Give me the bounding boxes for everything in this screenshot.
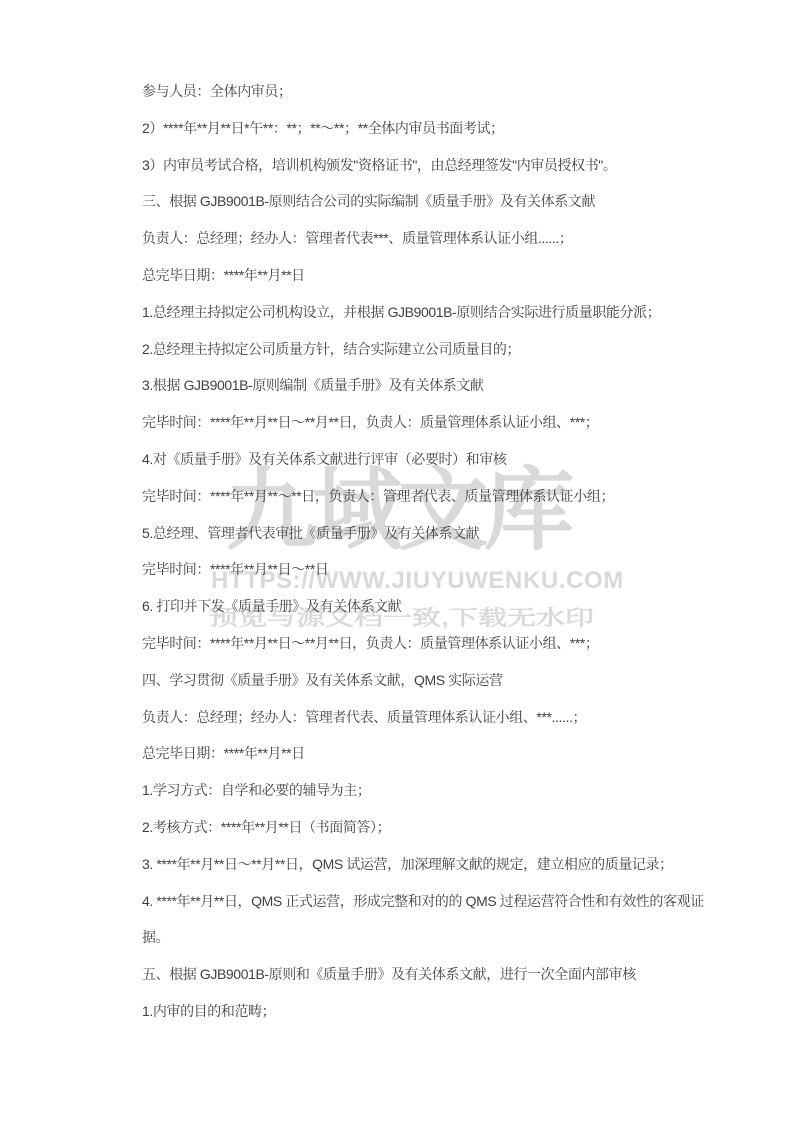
doc-line: 总完毕日期：****年**月**日 (142, 257, 758, 294)
doc-line: 2）****年**月**日*午**：**；**～**；**全体内审员书面考试； (142, 110, 758, 147)
doc-line: 完毕时间：****年**月**日～**月**日，负责人：质量管理体系认证小组、*… (142, 625, 758, 662)
doc-line: 1.学习方式：自学和必要的辅导为主； (142, 772, 758, 809)
doc-line: 4.对《质量手册》及有关体系文献进行评审（必要时）和审核 (142, 441, 758, 478)
doc-line-section-heading: 三、根据 GJB9001B-原则结合公司的实际编制《质量手册》及有关体系文献 (142, 183, 758, 220)
doc-line: 4. ****年**月**日，QMS 正式运营，形成完整和对的的 QMS 过程运… (142, 883, 758, 920)
doc-line: 2.考核方式：****年**月**日（书面简答）； (142, 809, 758, 846)
doc-line: 负责人：总经理；经办人：管理者代表***、质量管理体系认证小组......； (142, 220, 758, 257)
doc-line: 2.总经理主持拟定公司质量方针，结合实际建立公司质量目的； (142, 331, 758, 368)
doc-line: 5.总经理、管理者代表审批《质量手册》及有关体系文献 (142, 515, 758, 552)
doc-line: 参与人员：全体内审员； (142, 73, 758, 110)
doc-line: 完毕时间：****年**月**日～**月**日，负责人：质量管理体系认证小组、*… (142, 404, 758, 441)
doc-line: 6. 打印并下发《质量手册》及有关体系文献 (142, 588, 758, 625)
doc-line: 1.内审的目的和范畴； (142, 993, 758, 1030)
doc-line: 负责人：总经理；经办人：管理者代表、质量管理体系认证小组、***......； (142, 699, 758, 736)
doc-line: 完毕时间：****年**月**～**日，负责人：管理者代表、质量管理体系认证小组… (142, 478, 758, 515)
doc-line: 3）内审员考试合格，培训机构颁发"资格证书"，由总经理签发"内审员授权书"。 (142, 147, 758, 184)
doc-line: 据。 (142, 919, 758, 956)
doc-line: 完毕时间：****年**月**日～**日 (142, 551, 758, 588)
doc-line-section-heading: 四、学习贯彻《质量手册》及有关体系文献，QMS 实际运营 (142, 662, 758, 699)
document-page: 九域文库 HTTPS://WWW.JIUYUWENKU.COM 预览与源文档一致… (0, 0, 793, 1122)
doc-line: 3.根据 GJB9001B-原则编制《质量手册》及有关体系文献 (142, 367, 758, 404)
doc-line-section-heading: 五、根据 GJB9001B-原则和《质量手册》及有关体系文献，进行一次全面内部审… (142, 956, 758, 993)
doc-line: 1.总经理主持拟定公司机构设立，并根据 GJB9001B-原则结合实际进行质量职… (142, 294, 758, 331)
document-body: 参与人员：全体内审员； 2）****年**月**日*午**：**；**～**；*… (142, 73, 758, 1030)
doc-line: 3. ****年**月**日～**月**日，QMS 试运营，加深理解文献的规定，… (142, 846, 758, 883)
doc-line: 总完毕日期：****年**月**日 (142, 735, 758, 772)
